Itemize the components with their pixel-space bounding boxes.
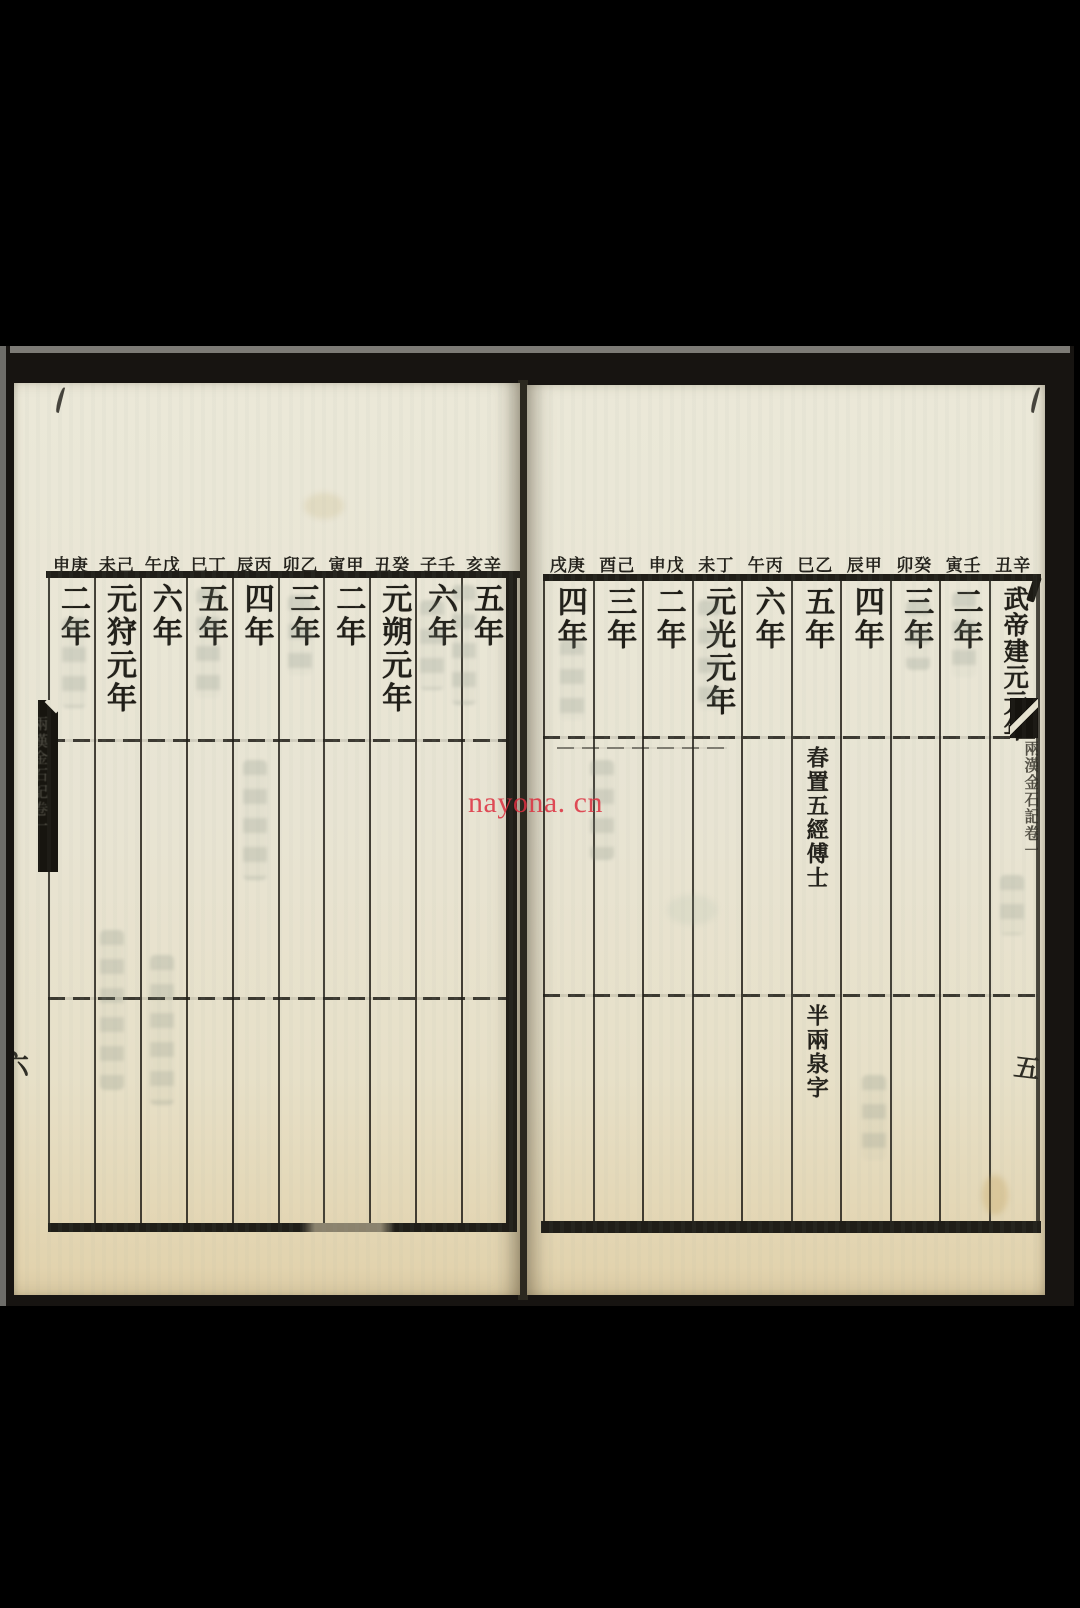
paper-stain <box>304 493 344 519</box>
ghost-text-smudge <box>288 595 312 675</box>
year-column: 元狩元年 <box>94 578 140 1223</box>
year-label: 四年 <box>234 578 278 649</box>
ghost-text-smudge <box>560 640 584 720</box>
ganzhi-label: 卯乙 <box>278 551 322 576</box>
ganzhi-label: 寅壬 <box>942 551 986 576</box>
ganzhi-label: 午戊 <box>141 551 185 576</box>
year-label: 六年 <box>142 578 186 649</box>
year-column: 二年 <box>939 581 989 1221</box>
spine-title-label: 兩漢金石記卷一 <box>38 716 51 835</box>
spine-tab: 兩漢金石記卷一 <box>1010 698 1038 884</box>
ganzhi-label: 寅甲 <box>324 551 368 576</box>
left-page: 五年六年元朔元年二年三年四年五年六年元狩元年二年 兩漢金石記卷一 六 亥辛子壬丑… <box>14 383 520 1295</box>
watermark: nayona. cn <box>468 786 603 820</box>
year-column: 元朔元年 <box>369 578 415 1223</box>
year-column: 六年 <box>741 581 791 1221</box>
ganzhi-label: 午丙 <box>744 551 788 576</box>
paper-stain <box>667 895 717 925</box>
scan-edge-top <box>10 346 1070 353</box>
table-bottom-border <box>541 1221 1041 1233</box>
ganzhi-label: 戌庚 <box>546 551 590 576</box>
ghost-text-smudge <box>420 600 444 690</box>
ink-mark <box>1030 387 1041 413</box>
year-label: 二年 <box>646 581 690 652</box>
folio-number: 六 <box>14 1043 29 1083</box>
ghost-text-smudge <box>452 585 476 705</box>
book-scan-photo: 五年六年元朔元年二年三年四年五年六年元狩元年二年 兩漢金石記卷一 六 亥辛子壬丑… <box>0 0 1080 1608</box>
ghost-text-smudge <box>906 600 930 670</box>
ghost-text-smudge <box>196 588 220 698</box>
ganzhi-label: 未己 <box>95 551 139 576</box>
ganzhi-label: 辰甲 <box>843 551 887 576</box>
ganzhi-label: 巳乙 <box>793 551 837 576</box>
ghost-text-smudge <box>862 1075 886 1160</box>
ganzhi-label: 酉己 <box>595 551 639 576</box>
ganzhi-label: 丑辛 <box>991 551 1035 576</box>
ghost-text-smudge <box>62 618 86 708</box>
year-label: 元朔元年 <box>371 578 415 715</box>
band-divider <box>543 994 1038 997</box>
ganzhi-label: 申庚 <box>49 551 93 576</box>
ghost-text-smudge <box>698 600 722 710</box>
ink-mark <box>55 387 66 413</box>
year-label: 元狩元年 <box>96 578 140 715</box>
ganzhi-label: 辰丙 <box>233 551 277 576</box>
scan-edge-left <box>0 346 6 1306</box>
year-label: 二年 <box>325 578 369 649</box>
ghost-text-smudge <box>150 955 174 1105</box>
band-divider <box>48 739 507 742</box>
ganzhi-label: 卯癸 <box>892 551 936 576</box>
year-column: 三年 <box>593 581 643 1221</box>
year-label: 四年 <box>844 581 888 652</box>
ganzhi-label: 申戊 <box>645 551 689 576</box>
year-column: 四年 <box>232 578 278 1223</box>
year-column: 二年 <box>323 578 369 1223</box>
ghost-text-smudge <box>100 930 124 1090</box>
ghost-text-smudge <box>1000 875 1024 935</box>
folio-number: 五 <box>1012 1047 1042 1087</box>
table-right-border <box>506 571 517 1232</box>
ganzhi-label: 未丁 <box>694 551 738 576</box>
annotation: 春置五經傅士 <box>801 746 832 890</box>
year-column: 六年 <box>140 578 186 1223</box>
table-grid: 武帝建元元年二年三年四年五年六年元光元年二年三年四年 <box>543 581 1038 1221</box>
ghost-text-smudge <box>243 760 267 880</box>
ganzhi-label: 丑癸 <box>370 551 414 576</box>
table-bottom-border <box>48 1223 517 1232</box>
spine-title-label: 兩漢金石記卷一 <box>1020 740 1038 859</box>
year-label: 五年 <box>794 581 838 652</box>
year-column: 三年 <box>890 581 940 1221</box>
fishtail-mark <box>1010 698 1038 738</box>
annotation: 半兩泉字 <box>801 1004 832 1100</box>
year-column: 五年 <box>791 581 841 1221</box>
ganzhi-label: 子壬 <box>416 551 460 576</box>
right-page: 武帝建元元年二年三年四年五年六年元光元年二年三年四年 兩漢金石記卷一 五 丑辛寅… <box>527 385 1045 1295</box>
year-label: 六年 <box>745 581 789 652</box>
band-divider-double <box>557 747 727 749</box>
paper-stain <box>982 1175 1008 1215</box>
ghost-text-smudge <box>952 592 976 677</box>
fishtail-notch <box>45 700 58 713</box>
band-divider <box>543 736 1038 739</box>
spine-tab: 兩漢金石記卷一 <box>38 700 58 872</box>
year-label: 三年 <box>596 581 640 652</box>
ganzhi-label: 巳丁 <box>187 551 231 576</box>
ganzhi-label: 亥辛 <box>462 551 506 576</box>
